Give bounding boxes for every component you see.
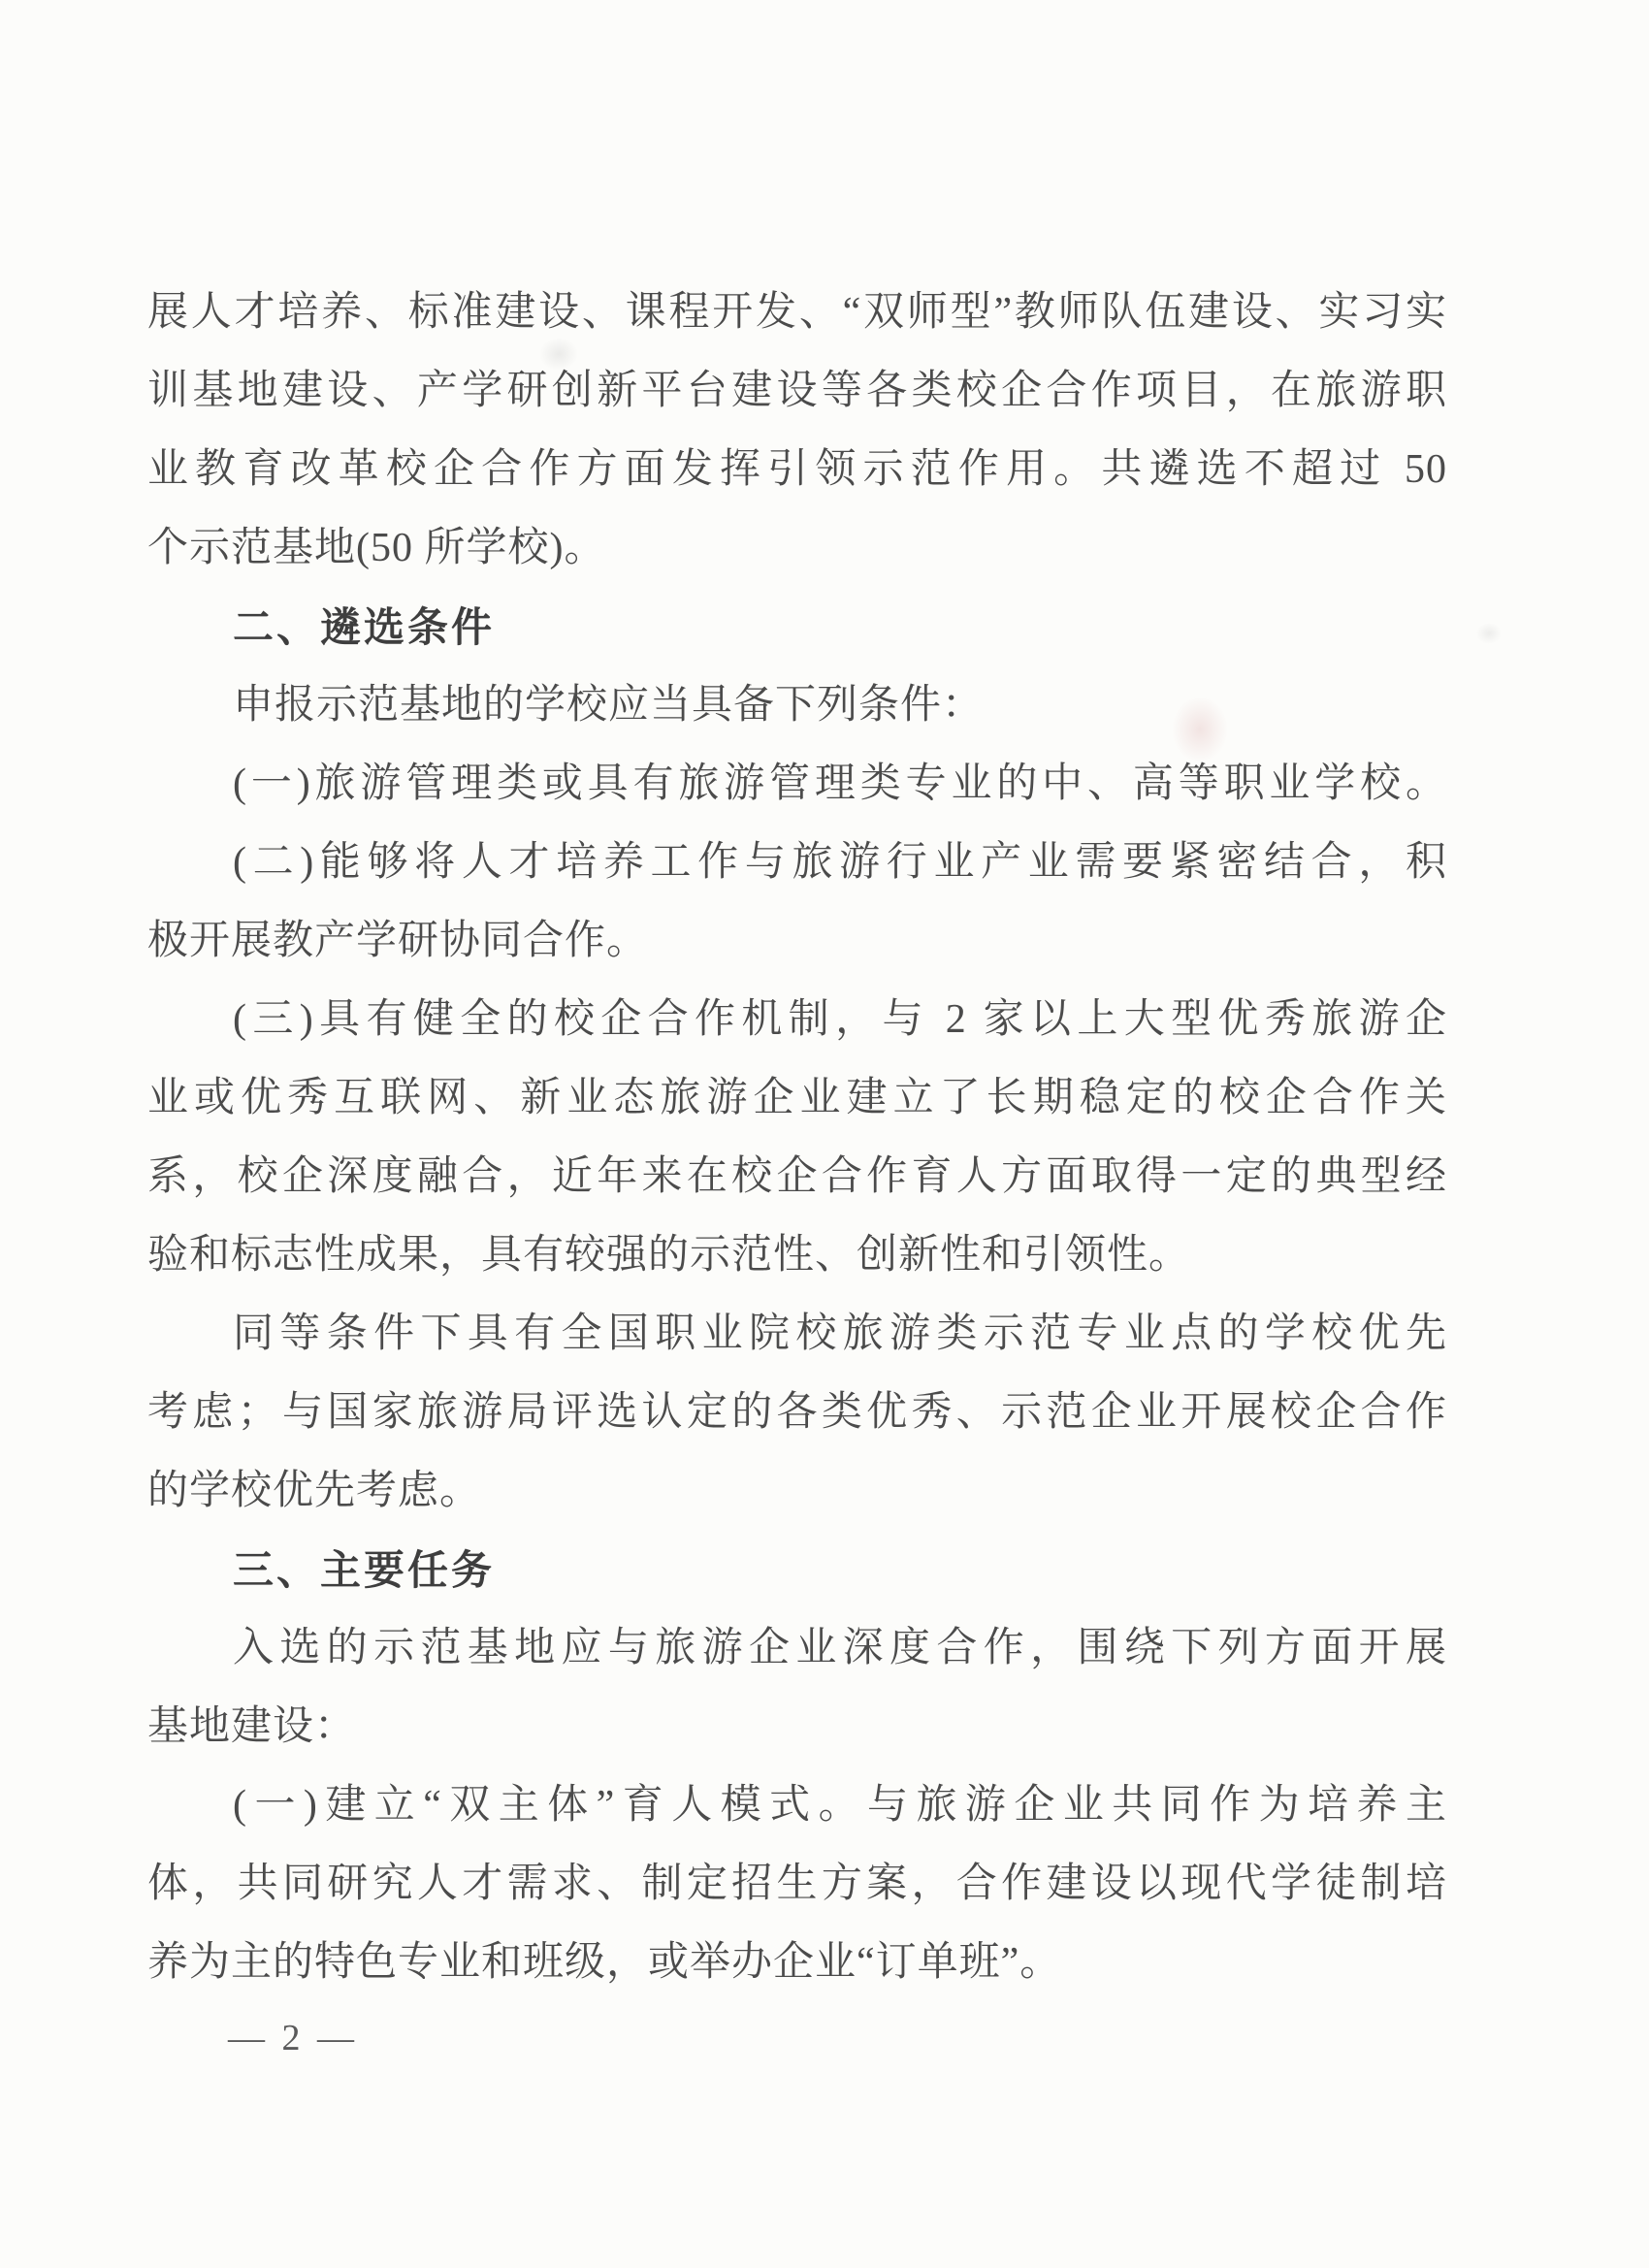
text-line: 考虑；与国家旅游局评选认定的各类优秀、示范企业开展校企合作 <box>147 1374 1447 1452</box>
text-line: 的学校优先考虑。 <box>147 1452 1447 1531</box>
text-line: 展人才培养、标准建设、课程开发、“双师型”教师队伍建设、实习实 <box>147 274 1447 352</box>
text-line: (三)具有健全的校企合作机制，与 2 家以上大型优秀旅游企 <box>147 981 1447 1059</box>
text-line: 验和标志性成果，具有较强的示范性、创新性和引领性。 <box>147 1216 1447 1295</box>
page-number: — 2 — <box>147 2004 438 2072</box>
text-line: 申报示范基地的学校应当具备下列条件： <box>147 666 1447 745</box>
document-body: 展人才培养、标准建设、课程开发、“双师型”教师队伍建设、实习实 训基地建设、产学… <box>147 274 1447 2002</box>
scanned-document-page: 展人才培养、标准建设、课程开发、“双师型”教师队伍建设、实习实 训基地建设、产学… <box>0 0 1649 2268</box>
text-line: 训基地建设、产学研创新平台建设等各类校企合作项目，在旅游职 <box>147 352 1447 431</box>
text-line: (一)旅游管理类或具有旅游管理类专业的中、高等职业学校。 <box>147 745 1447 824</box>
text-line: 入选的示范基地应与旅游企业深度合作，围绕下列方面开展 <box>147 1609 1447 1688</box>
text-line: (二)能够将人才培养工作与旅游行业产业需要紧密结合，积 <box>147 824 1447 902</box>
section-heading-3: 三、主要任务 <box>147 1531 1447 1609</box>
section-heading-2: 二、遴选条件 <box>147 588 1447 666</box>
text-line: 养为主的特色专业和班级，或举办企业“订单班”。 <box>147 1924 1447 2002</box>
scan-artifact <box>1476 623 1502 644</box>
text-line: 个示范基地(50 所学校)。 <box>147 509 1447 588</box>
text-line: 业或优秀互联网、新业态旅游企业建立了长期稳定的校企合作关 <box>147 1059 1447 1138</box>
text-line: 系，校企深度融合，近年来在校企合作育人方面取得一定的典型经 <box>147 1138 1447 1216</box>
text-line: 同等条件下具有全国职业院校旅游类示范专业点的学校优先 <box>147 1295 1447 1374</box>
text-line: 极开展教产学研协同合作。 <box>147 902 1447 981</box>
text-line: 业教育改革校企合作方面发挥引领示范作用。共遴选不超过 50 <box>147 431 1447 509</box>
text-line: (一)建立“双主体”育人模式。与旅游企业共同作为培养主 <box>147 1766 1447 1845</box>
text-line: 体，共同研究人才需求、制定招生方案，合作建设以现代学徒制培 <box>147 1845 1447 1924</box>
text-line: 基地建设： <box>147 1688 1447 1766</box>
